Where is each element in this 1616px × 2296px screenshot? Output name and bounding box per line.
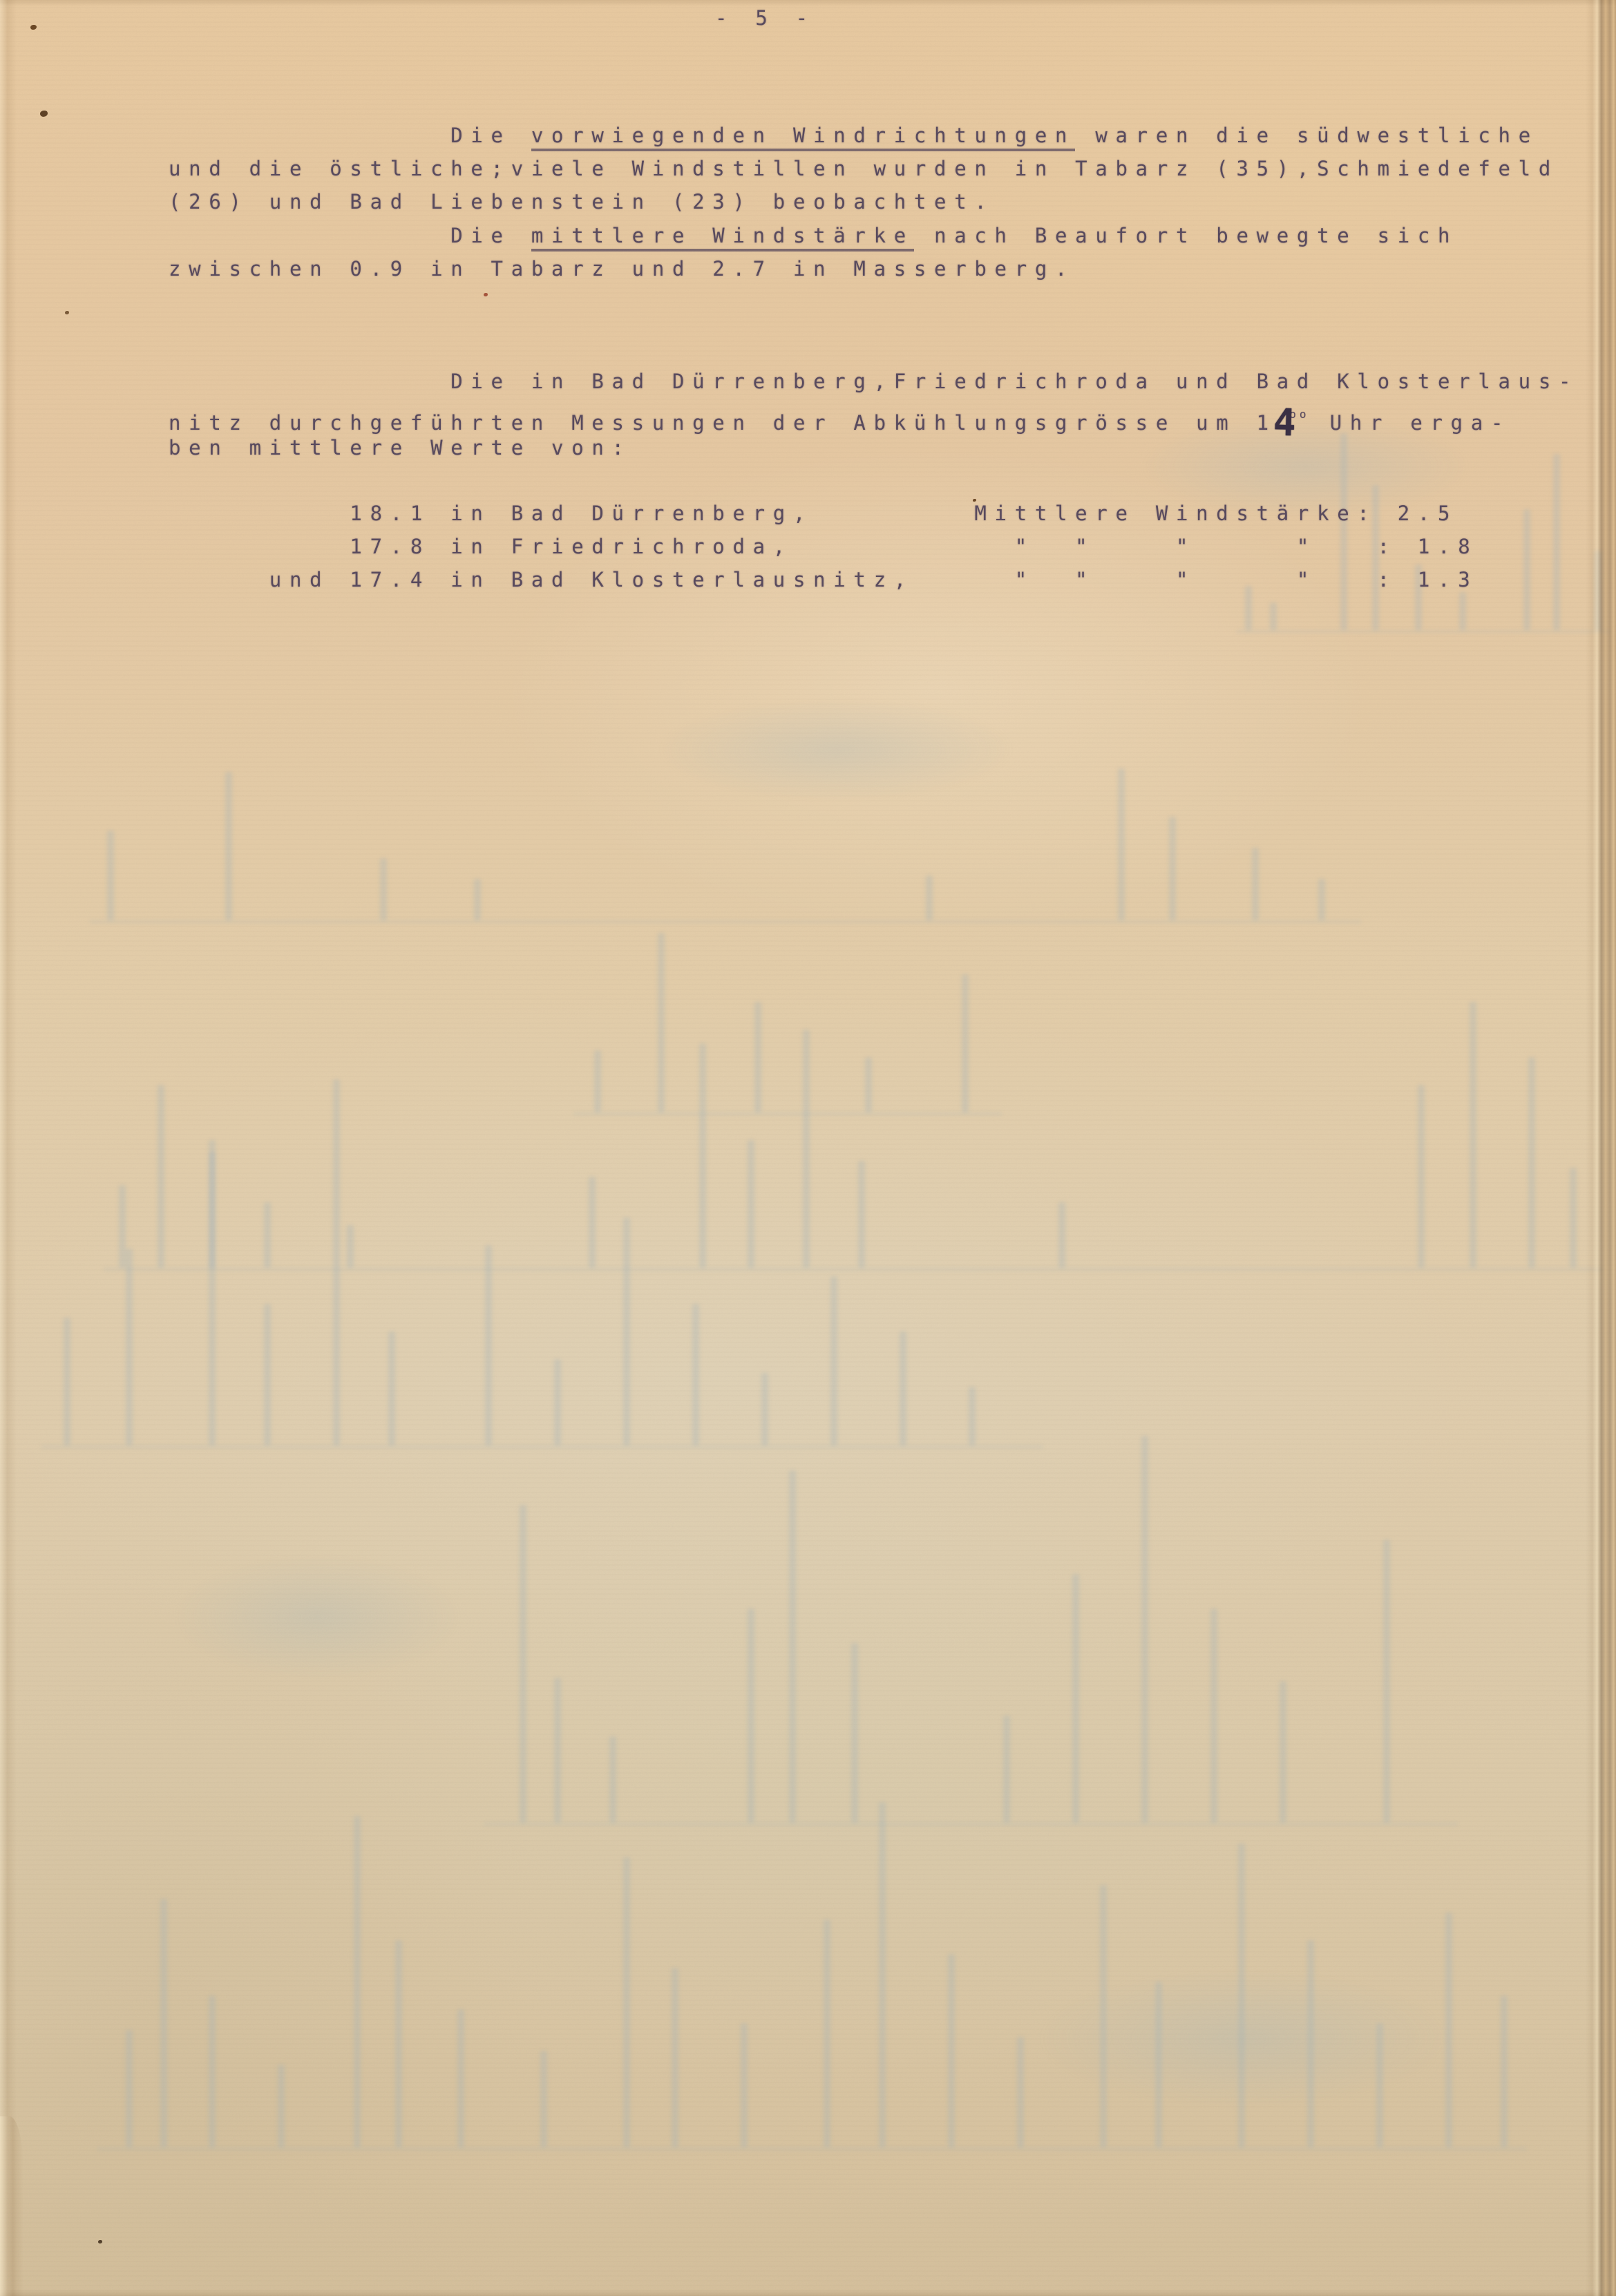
paper-page: - 5 - Die vorwiegenden Windrichtungen wa… [0,0,1616,2296]
page-top-edge-shadow [0,0,1616,6]
paragraph1-line3: (26) und Bad Liebenstein (23) beobachtet… [169,185,995,218]
line-text: Die [169,124,531,147]
paragraph2-line1: Die in Bad Dürrenberg,Friedrichroda und … [169,365,1579,398]
line-text: waren die südwestliche [1075,124,1539,147]
page-number: - 5 - [715,1,816,35]
measurement-row-3: und 17.4 in Bad Klosterlausnitz, " " " "… [169,563,1478,596]
measurement-row-2: 17.8 in Friedrichroda, " " " " : 1.8 [169,530,1478,563]
page-right-edge-binding [1586,0,1616,2296]
scanned-document: { "page_number": "- 5 -", "para1": { "li… [0,0,1616,2296]
page-bottom-edge-shadow [0,2289,1616,2296]
underlined-phrase-windrichtungen: vorwiegenden Windrichtungen [531,124,1075,151]
page-corner-curl [0,2116,23,2296]
typewritten-text-layer: - 5 - Die vorwiegenden Windrichtungen wa… [0,0,1616,2296]
paragraph1-line4: Die mittlere Windstärke nach Beaufort be… [169,219,1458,252]
paragraph1-line5: zwischen 0.9 in Tabarz und 2.7 in Masser… [169,252,1075,285]
line-text: Die [169,224,531,247]
paragraph2-line3: ben mittlere Werte von: [169,431,632,464]
paragraph1-line2: und die östliche;viele Windstillen wurde… [169,152,1559,185]
page-left-edge-shadow [0,0,17,2296]
measurement-row-1: 18.1 in Bad Dürrenberg, Mittlere Windstä… [169,497,1458,530]
line-text: nach Beaufort bewegte sich [914,224,1458,247]
handwritten-overstrike-4: 4 [1273,406,1296,440]
underlined-phrase-windstaerke: mittlere Windstärke [531,224,914,252]
line-text: Uhr erga- [1310,411,1512,435]
paragraph1-line1: Die vorwiegenden Windrichtungen waren di… [169,119,1539,152]
